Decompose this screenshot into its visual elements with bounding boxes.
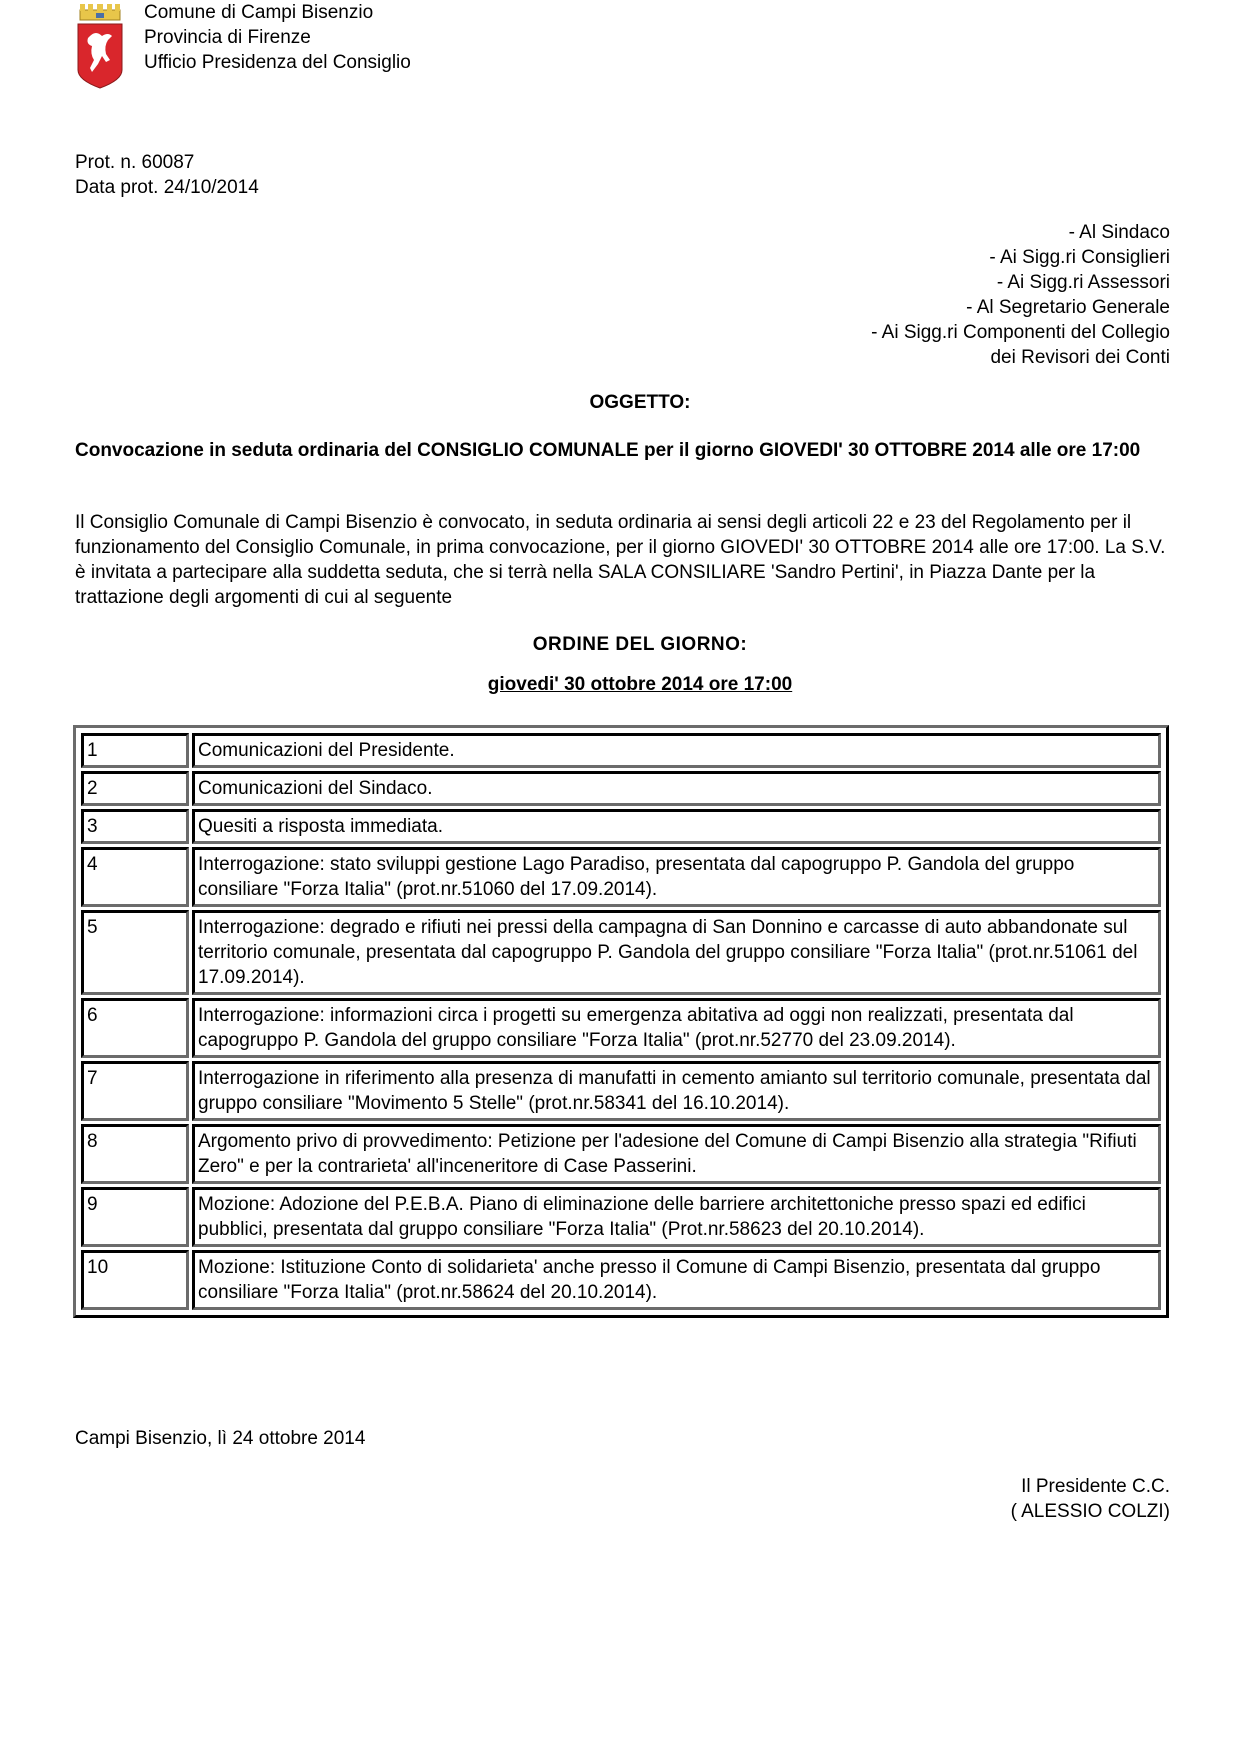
agenda-item-text: Argomento privo di provvedimento: Petizi…: [192, 1124, 1161, 1184]
agenda-item-text: Comunicazioni del Presidente.: [192, 733, 1161, 768]
signature-name: ( ALESSIO COLZI): [1011, 1499, 1170, 1524]
agenda-item-text: Comunicazioni del Sindaco.: [192, 771, 1161, 806]
agenda-item-text: Mozione: Adozione del P.E.B.A. Piano di …: [192, 1187, 1161, 1247]
table-row: 8Argomento privo di provvedimento: Petiz…: [81, 1124, 1161, 1184]
protocol-block: Prot. n. 60087 Data prot. 24/10/2014: [75, 150, 259, 200]
agenda-item-number: 2: [81, 771, 189, 806]
recipient: - Al Segretario Generale: [871, 295, 1170, 320]
table-row: 7Interrogazione in riferimento alla pres…: [81, 1061, 1161, 1121]
agenda-item-number: 3: [81, 809, 189, 844]
table-row: 3Quesiti a risposta immediata.: [81, 809, 1161, 844]
protocol-date: Data prot. 24/10/2014: [75, 175, 259, 200]
signature-block: Il Presidente C.C. ( ALESSIO COLZI): [1011, 1474, 1170, 1524]
table-row: 2Comunicazioni del Sindaco.: [81, 771, 1161, 806]
recipient: - Ai Sigg.ri Componenti del Collegio: [871, 320, 1170, 345]
agenda-heading: ORDINE DEL GIORNO:: [0, 634, 1240, 656]
subject-heading: OGGETTO:: [0, 392, 1240, 414]
agenda-item-text: Interrogazione: stato sviluppi gestione …: [192, 847, 1161, 907]
crown-icon: [80, 4, 120, 20]
signature-title: Il Presidente C.C.: [1011, 1474, 1170, 1499]
subject-text: Convocazione in seduta ordinaria del CON…: [75, 438, 1175, 463]
issuer-municipality: Comune di Campi Bisenzio: [144, 0, 411, 25]
agenda-item-text: Interrogazione: informazioni circa i pro…: [192, 998, 1161, 1058]
recipient: - Ai Sigg.ri Assessori: [871, 270, 1170, 295]
issuer-province: Provincia di Firenze: [144, 25, 411, 50]
recipient: - Ai Sigg.ri Consiglieri: [871, 245, 1170, 270]
table-row: 10Mozione: Istituzione Conto di solidari…: [81, 1250, 1161, 1310]
table-row: 6Interrogazione: informazioni circa i pr…: [81, 998, 1161, 1058]
agenda-item-number: 6: [81, 998, 189, 1058]
issuer-office: Ufficio Presidenza del Consiglio: [144, 50, 411, 75]
recipient: dei Revisori dei Conti: [871, 345, 1170, 370]
agenda-item-number: 4: [81, 847, 189, 907]
convocation-body: Il Consiglio Comunale di Campi Bisenzio …: [75, 510, 1175, 610]
recipient: - Al Sindaco: [871, 220, 1170, 245]
issuer-header: Comune di Campi Bisenzio Provincia di Fi…: [144, 0, 411, 75]
table-row: 5Interrogazione: degrado e rifiuti nei p…: [81, 910, 1161, 995]
agenda-table: 1Comunicazioni del Presidente.2Comunicaz…: [73, 725, 1169, 1318]
agenda-item-number: 7: [81, 1061, 189, 1121]
protocol-number: Prot. n. 60087: [75, 150, 259, 175]
agenda-item-text: Quesiti a risposta immediata.: [192, 809, 1161, 844]
recipients-list: - Al Sindaco - Ai Sigg.ri Consiglieri - …: [871, 220, 1170, 370]
agenda-item-number: 9: [81, 1187, 189, 1247]
table-row: 1Comunicazioni del Presidente.: [81, 733, 1161, 768]
agenda-date: giovedi' 30 ottobre 2014 ore 17:00: [0, 674, 1240, 696]
agenda-item-text: Interrogazione: degrado e rifiuti nei pr…: [192, 910, 1161, 995]
agenda-item-number: 1: [81, 733, 189, 768]
agenda-item-text: Interrogazione in riferimento alla prese…: [192, 1061, 1161, 1121]
agenda-item-number: 8: [81, 1124, 189, 1184]
agenda-item-number: 10: [81, 1250, 189, 1310]
coat-of-arms-icon: [74, 2, 126, 90]
agenda-item-number: 5: [81, 910, 189, 995]
table-row: 4Interrogazione: stato sviluppi gestione…: [81, 847, 1161, 907]
table-row: 9Mozione: Adozione del P.E.B.A. Piano di…: [81, 1187, 1161, 1247]
agenda-item-text: Mozione: Istituzione Conto di solidariet…: [192, 1250, 1161, 1310]
place-date: Campi Bisenzio, lì 24 ottobre 2014: [75, 1428, 365, 1450]
